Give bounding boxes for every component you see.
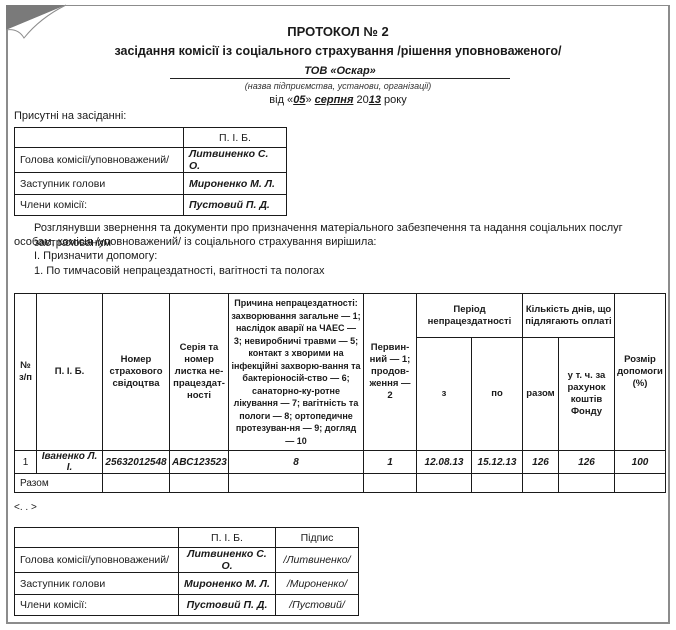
- attendee-row: Голова комісії/уповноважений/ Литвиненко…: [15, 148, 287, 173]
- cell-pib: Іваненко Л. І.: [37, 451, 103, 474]
- total-cell: [170, 474, 229, 493]
- attendees-label: Присутні на засіданні:: [14, 109, 126, 124]
- attendees-table: П. І. Б. Голова комісії/уповноважений/ Л…: [14, 127, 287, 216]
- cell-num: 1: [15, 451, 37, 474]
- decision-item-2: 1. По тимчасовій непрацездатності, вагіт…: [34, 264, 325, 279]
- organization-name: ТОВ «Оскар»: [170, 65, 510, 79]
- protocol-title: ПРОТОКОЛ № 2: [0, 24, 676, 39]
- cell-primary: 1: [364, 451, 417, 474]
- cell-to: 15.12.13: [472, 451, 523, 474]
- cell-percent: 100: [615, 451, 666, 474]
- benefits-table: № з/п П. І. Б. Номер страхового свідоцтв…: [14, 293, 666, 493]
- table-row: 1 Іваненко Л. І. 25632012548 АВС123523 8…: [15, 451, 666, 474]
- signer-role: Голова комісії/уповноважений/: [15, 548, 179, 573]
- date-year-prefix: 20: [353, 94, 368, 106]
- total-cell: [523, 474, 559, 493]
- cell-reason: 8: [229, 451, 364, 474]
- total-row: Разом: [15, 474, 666, 493]
- col-header-days: Кількість днів, що підлягають оплаті: [523, 294, 615, 338]
- signer-name: Литвиненко С. О.: [179, 548, 276, 573]
- signer-signature: /Мироненко/: [276, 573, 359, 595]
- signer-role: Члени комісії:: [15, 595, 179, 616]
- attendees-header-pib: П. І. Б.: [184, 128, 287, 148]
- col-header-series: Серія та номер листка не-працездат-ності: [170, 294, 229, 451]
- signer-name: Мироненко М. Л.: [179, 573, 276, 595]
- total-cell: [615, 474, 666, 493]
- col-header-cert: Номер страхового свідоцтва: [103, 294, 170, 451]
- signature-row: Голова комісії/уповноважений/ Литвиненко…: [15, 548, 359, 573]
- date-day: 05: [293, 94, 305, 106]
- decision-paragraph-line2: особам, комісія /уповноважений/ із соціа…: [14, 235, 377, 250]
- col-header-period: Період непрацездатності: [417, 294, 523, 338]
- signatures-table: П. І. Б. Підпис Голова комісії/уповноваж…: [14, 527, 359, 616]
- attendee-row: Заступник голови Мироненко М. Л.: [15, 173, 287, 195]
- ellipsis: <. . >: [14, 500, 37, 515]
- date-month: серпня: [315, 94, 354, 106]
- col-header-percent: Розмір допомоги (%): [615, 294, 666, 451]
- organization-caption: (назва підприємства, установи, організац…: [0, 81, 676, 91]
- date-prefix: від «: [269, 94, 293, 106]
- attendees-header-empty: [15, 128, 184, 148]
- benefits-header-row: № з/п П. І. Б. Номер страхового свідоцтв…: [15, 294, 666, 338]
- col-header-fund: у т. ч. за рахунок коштів Фонду: [559, 338, 615, 451]
- cell-series: АВС123523: [170, 451, 229, 474]
- signer-name: Пустовий П. Д.: [179, 595, 276, 616]
- attendee-name: Литвиненко С. О.: [184, 148, 287, 173]
- signer-role: Заступник голови: [15, 573, 179, 595]
- col-header-to: по: [472, 338, 523, 451]
- attendee-name: Пустовий П. Д.: [184, 195, 287, 216]
- cell-fund: 126: [559, 451, 615, 474]
- attendee-role: Заступник голови: [15, 173, 184, 195]
- protocol-date: від «05» серпня 2013 року: [0, 94, 676, 106]
- signatures-header-empty: [15, 528, 179, 548]
- signer-signature: /Литвиненко/: [276, 548, 359, 573]
- signature-row: Члени комісії: Пустовий П. Д. /Пустовий/: [15, 595, 359, 616]
- col-header-total: разом: [523, 338, 559, 451]
- total-cell: [364, 474, 417, 493]
- total-cell: [559, 474, 615, 493]
- total-cell: [472, 474, 523, 493]
- total-cell: [229, 474, 364, 493]
- cell-from: 12.08.13: [417, 451, 472, 474]
- signature-row: Заступник голови Мироненко М. Л. /Мироне…: [15, 573, 359, 595]
- signer-signature: /Пустовий/: [276, 595, 359, 616]
- decision-item-1: І. Призначити допомогу:: [34, 249, 157, 264]
- total-cell: [417, 474, 472, 493]
- attendee-role: Члени комісії:: [15, 195, 184, 216]
- attendees-header-row: П. І. Б.: [15, 128, 287, 148]
- col-header-primary: Первин-ний — 1; продов-ження — 2: [364, 294, 417, 451]
- col-header-from: з: [417, 338, 472, 451]
- total-cell: [103, 474, 170, 493]
- col-header-pib: П. І. Б.: [37, 294, 103, 451]
- date-year-suffix: 13: [369, 94, 381, 106]
- date-suffix: року: [381, 94, 407, 106]
- signatures-header-pib: П. І. Б.: [179, 528, 276, 548]
- attendee-name: Мироненко М. Л.: [184, 173, 287, 195]
- total-label: Разом: [15, 474, 103, 493]
- cell-total: 126: [523, 451, 559, 474]
- col-header-num: № з/п: [15, 294, 37, 451]
- protocol-subtitle: засідання комісії із соціального страхув…: [0, 44, 676, 58]
- col-header-reason: Причина непрацездатності: захворювання з…: [229, 294, 364, 451]
- attendee-role: Голова комісії/уповноважений/: [15, 148, 184, 173]
- attendee-row: Члени комісії: Пустовий П. Д.: [15, 195, 287, 216]
- cell-cert: 25632012548: [103, 451, 170, 474]
- date-sep: »: [305, 94, 314, 106]
- signatures-header-signature: Підпис: [276, 528, 359, 548]
- signatures-header-row: П. І. Б. Підпис: [15, 528, 359, 548]
